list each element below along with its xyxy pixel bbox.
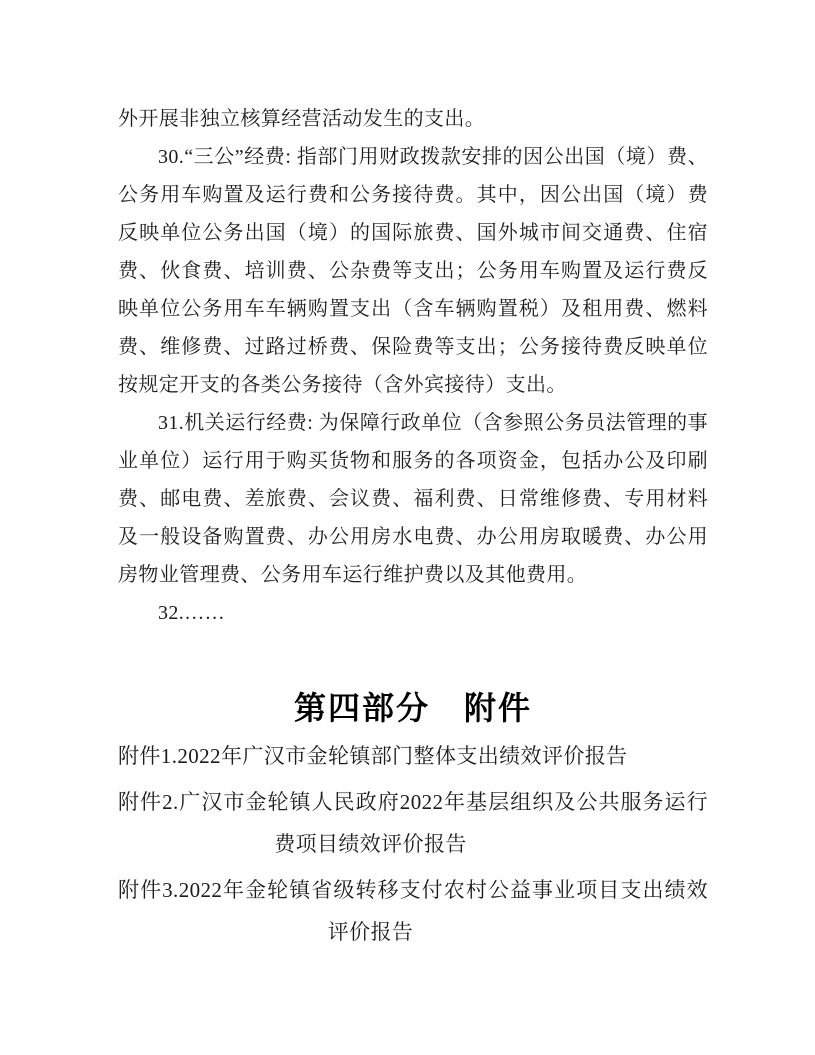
attachment-3-title-line-2: 评价报告 — [118, 911, 708, 953]
document-page: 外开展非独立核算经营活动发生的支出。 30.“三公”经费: 指部门用财政拨款安排… — [0, 0, 815, 1055]
attachment-item-3: 附件3.2022年金轮镇省级转移支付农村公益事业项目支出绩效 评价报告 — [118, 869, 708, 953]
paragraph-item-31: 31.机关运行经费: 为保障行政单位（含参照公务员法管理的事业单位）运行用于购买… — [118, 404, 708, 594]
attachment-1-title: 附件1.2022年广汉市金轮镇部门整体支出绩效评价报告 — [118, 735, 708, 777]
attachment-2-title-line-1: 附件2.广汉市金轮镇人民政府2022年基层组织及公共服务运行 — [118, 781, 708, 823]
attachment-2-title-line-2: 费项目绩效评价报告 — [118, 823, 708, 865]
paragraph-item-32: 32.…… — [118, 594, 708, 632]
attachments-list: 附件1.2022年广汉市金轮镇部门整体支出绩效评价报告 附件2.广汉市金轮镇人民… — [118, 735, 708, 953]
body-text-block: 外开展非独立核算经营活动发生的支出。 30.“三公”经费: 指部门用财政拨款安排… — [118, 100, 708, 632]
paragraph-item-30: 30.“三公”经费: 指部门用财政拨款安排的因公出国（境）费、公务用车购置及运行… — [118, 138, 708, 404]
section-heading: 第四部分 附件 — [118, 686, 708, 730]
attachment-3-title-line-1: 附件3.2022年金轮镇省级转移支付农村公益事业项目支出绩效 — [118, 869, 708, 911]
attachment-item-2: 附件2.广汉市金轮镇人民政府2022年基层组织及公共服务运行 费项目绩效评价报告 — [118, 781, 708, 865]
paragraph-continuation: 外开展非独立核算经营活动发生的支出。 — [118, 100, 708, 138]
attachment-item-1: 附件1.2022年广汉市金轮镇部门整体支出绩效评价报告 — [118, 735, 708, 777]
